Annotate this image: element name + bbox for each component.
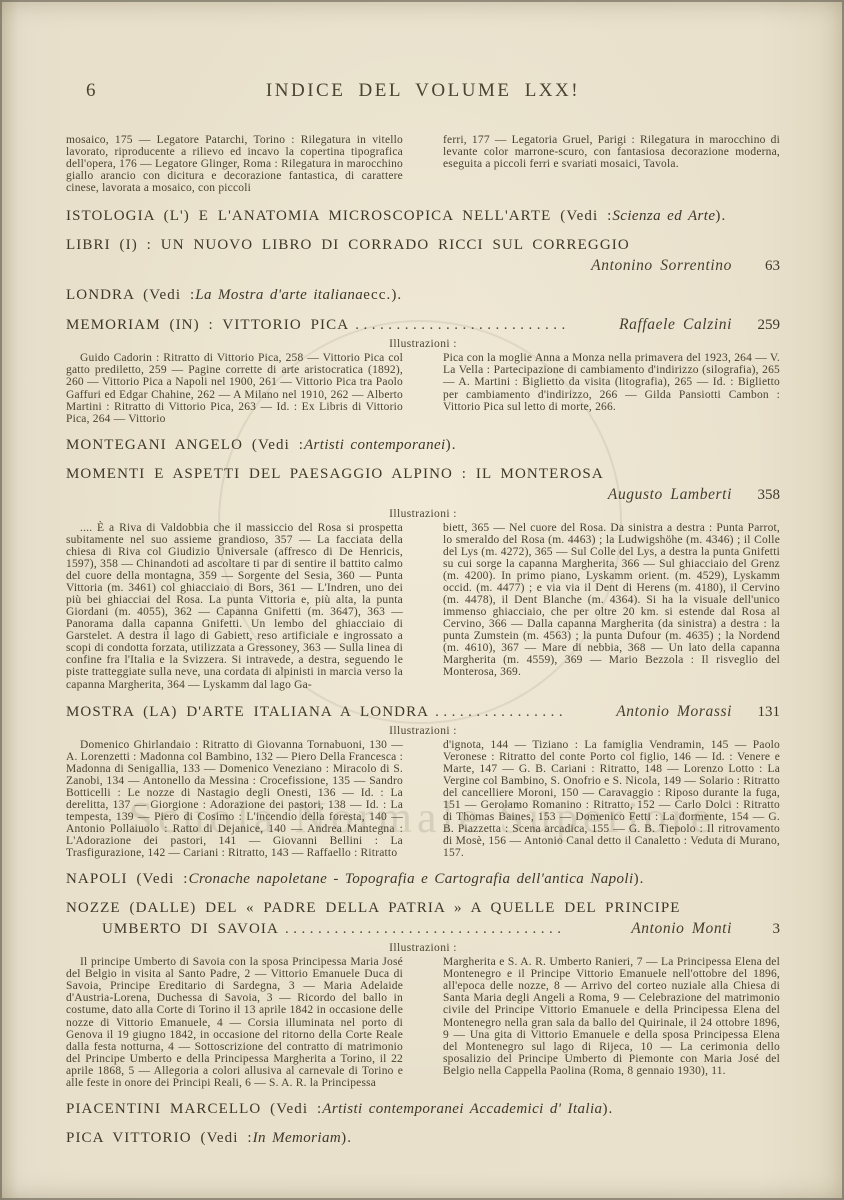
- entry-title: PIACENTINI MARCELLO (Vedi :: [66, 1101, 322, 1118]
- entry-memoriam: MEMORIAM (IN) : VITTORIO PICA ..........…: [66, 316, 780, 424]
- intro-right-column: ferri, 177 — Legatoria Gruel, Parigi : R…: [443, 134, 780, 194]
- entry-istologia: ISTOLOGIA (L') E L'ANATOMIA MICROSCOPICA…: [66, 208, 780, 225]
- entry-title: MOMENTI E ASPETTI DEL PAESAGGIO ALPINO :…: [66, 466, 604, 483]
- entry-libri: LIBRI (I) : UN NUOVO LIBRO DI CORRADO RI…: [66, 237, 780, 275]
- illustrations-label: Illustrazioni :: [66, 338, 780, 350]
- entry-cross-reference: Artisti contemporanei Accademici d' Ital…: [322, 1101, 602, 1118]
- intro-left-column: mosaico, 175 — Legatore Patarchi, Torino…: [66, 134, 403, 194]
- entry-page-number: 3: [742, 921, 780, 938]
- entry-title: MEMORIAM (IN) : VITTORIO PICA: [66, 317, 349, 334]
- entry-title: PICA VITTORIO (Vedi :: [66, 1130, 253, 1147]
- entry-title-line2: UMBERTO DI SAVOIA: [102, 921, 279, 938]
- entry-title-end: ).: [634, 871, 645, 888]
- volume-index-title: INDICE DEL VOLUME LXX!: [66, 80, 780, 102]
- leader-dots: ................: [435, 704, 610, 721]
- entry-cross-reference: Artisti contemporanei: [304, 437, 446, 454]
- entry-nozze: NOZZE (DALLE) DEL « PADRE DELLA PATRIA »…: [66, 900, 780, 1089]
- entry-napoli: NAPOLI (Vedi : Cronache napoletane - Top…: [66, 871, 780, 888]
- entry-title-end: ).: [602, 1101, 613, 1118]
- entry-momenti: MOMENTI E ASPETTI DEL PAESAGGIO ALPINO :…: [66, 466, 780, 691]
- entry-title-end: ecc.).: [363, 287, 402, 304]
- entry-cross-reference: In Memoriam: [253, 1130, 341, 1147]
- entry-title-end: ).: [715, 208, 726, 225]
- illustrations-right-column: d'ignota, 144 — Tiziano : La famiglia Ve…: [443, 739, 780, 860]
- illustrations-right-column: biett, 365 — Nel cuore del Rosa. Da sini…: [443, 522, 780, 691]
- entry-page-number: 131: [742, 704, 780, 721]
- illustrations-right-column: Pica con la moglie Anna a Monza nella pr…: [443, 352, 780, 424]
- entry-title-line1: NOZZE (DALLE) DEL « PADRE DELLA PATRIA »…: [66, 900, 681, 917]
- index-page: 6 INDICE DEL VOLUME LXX! mosaico, 175 — …: [0, 0, 844, 1147]
- entry-page-number: 358: [742, 487, 780, 504]
- entry-title: MOSTRA (LA) D'ARTE ITALIANA A LONDRA: [66, 704, 429, 721]
- page-number: 6: [86, 80, 96, 102]
- entry-title-end: ).: [446, 437, 457, 454]
- leader-dots: ..........................: [355, 317, 613, 334]
- entry-page-number: 63: [742, 258, 780, 275]
- entry-title: NAPOLI (Vedi :: [66, 871, 189, 888]
- entry-mostra: MOSTRA (LA) D'ARTE ITALIANA A LONDRA ...…: [66, 703, 780, 860]
- illustrations-label: Illustrazioni :: [66, 725, 780, 737]
- entry-author: Antonino Sorrentino: [591, 257, 732, 275]
- entry-page-number: 259: [742, 317, 780, 334]
- page-header: 6 INDICE DEL VOLUME LXX!: [66, 80, 780, 104]
- entry-author: Antonio Morassi: [616, 703, 732, 721]
- continued-entry-text: mosaico, 175 — Legatore Patarchi, Torino…: [66, 134, 780, 194]
- entry-title: LONDRA (Vedi :: [66, 287, 195, 304]
- entry-author: Raffaele Calzini: [619, 316, 732, 334]
- entry-title: MONTEGANI ANGELO (Vedi :: [66, 437, 304, 454]
- illustrations-right-column: Margherita e S. A. R. Umberto Ranieri, 7…: [443, 956, 780, 1089]
- entry-cross-reference: Cronache napoletane - Topografia e Carto…: [189, 871, 634, 888]
- entry-piacentini: PIACENTINI MARCELLO (Vedi : Artisti cont…: [66, 1101, 780, 1118]
- illustrations-label: Illustrazioni :: [66, 508, 780, 520]
- entry-title-end: ).: [341, 1130, 352, 1147]
- leader-dots: ..................................: [285, 921, 625, 938]
- illustrations-left-column: Il principe Umberto di Savoia con la spo…: [66, 956, 403, 1089]
- entry-title: LIBRI (I) : UN NUOVO LIBRO DI CORRADO RI…: [66, 237, 630, 254]
- scanned-page: Scuola Normale Superiore 6 INDICE DEL VO…: [0, 0, 844, 1200]
- entry-londra: LONDRA (Vedi : La Mostra d'arte italiana…: [66, 287, 780, 304]
- entry-author: Antonio Monti: [631, 920, 732, 938]
- entry-title: ISTOLOGIA (L') E L'ANATOMIA MICROSCOPICA…: [66, 208, 612, 225]
- entry-montegani: MONTEGANI ANGELO (Vedi : Artisti contemp…: [66, 437, 780, 454]
- entry-cross-reference: La Mostra d'arte italiana: [195, 287, 363, 304]
- entry-cross-reference: Scienza ed Arte: [612, 208, 715, 225]
- entry-pica: PICA VITTORIO (Vedi : In Memoriam).: [66, 1130, 780, 1147]
- illustrations-left-column: Domenico Ghirlandaio : Ritratto di Giova…: [66, 739, 403, 860]
- illustrations-label: Illustrazioni :: [66, 942, 780, 954]
- entry-author: Augusto Lamberti: [608, 486, 732, 504]
- illustrations-left-column: Guido Cadorin : Ritratto di Vittorio Pic…: [66, 352, 403, 424]
- illustrations-left-column: .... È a Riva di Valdobbia che il massic…: [66, 522, 403, 691]
